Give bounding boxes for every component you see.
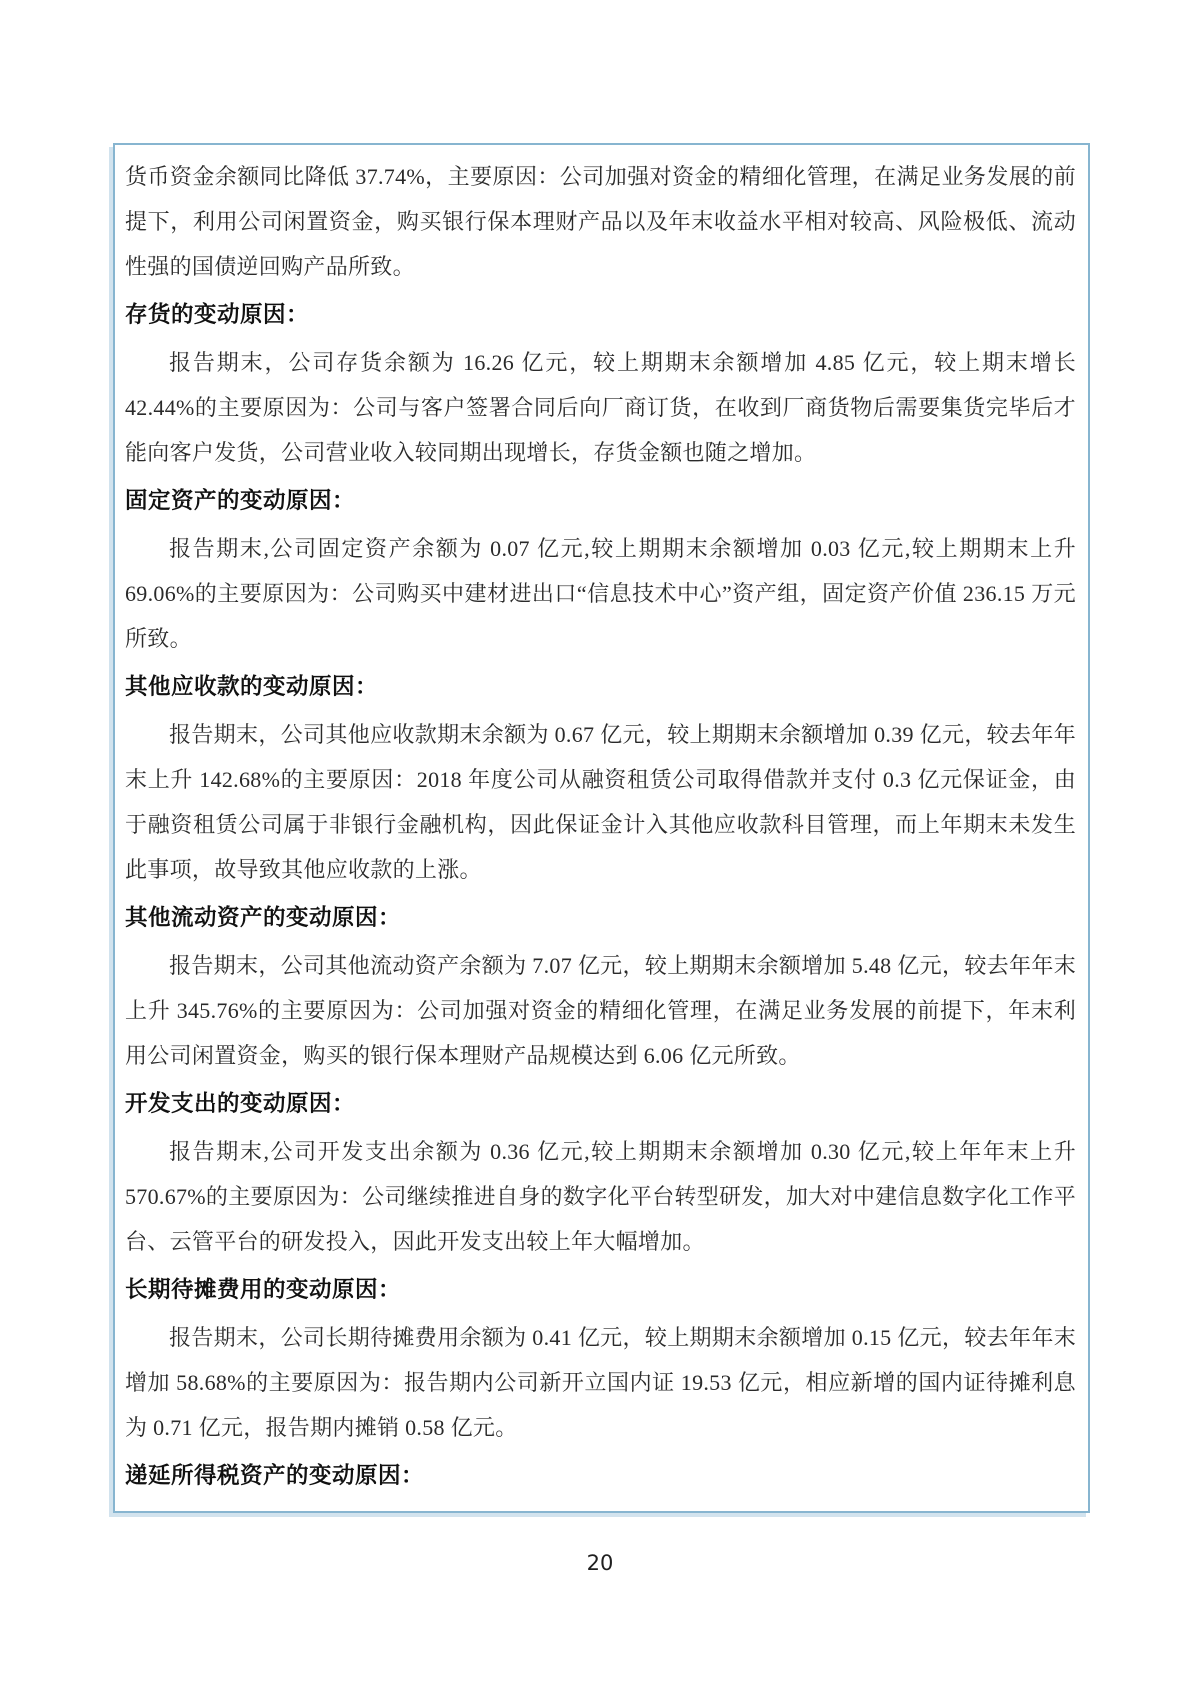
section-heading: 长期待摊费用的变动原因： (125, 1267, 1076, 1312)
content-border-box: 货币资金余额同比降低 37.74%，主要原因：公司加强对资金的精细化管理，在满足… (113, 143, 1090, 1513)
body-paragraph: 报告期末,公司固定资产余额为 0.07 亿元,较上期期末余额增加 0.03 亿元… (125, 526, 1076, 661)
section-heading: 其他应收款的变动原因： (125, 664, 1076, 709)
body-paragraph: 报告期末，公司存货余额为 16.26 亿元，较上期期末余额增加 4.85 亿元，… (125, 340, 1076, 475)
section-heading: 开发支出的变动原因： (125, 1081, 1076, 1126)
page-number: 20 (0, 1551, 1200, 1575)
body-paragraph: 货币资金余额同比降低 37.74%，主要原因：公司加强对资金的精细化管理，在满足… (125, 154, 1076, 289)
body-paragraph: 报告期末，公司递延所得税资产余额为 0.45 亿元，较上期期末余额增加 0.25… (125, 1501, 1076, 1513)
body-paragraph: 报告期末，公司其他应收款期末余额为 0.67 亿元，较上期期末余额增加 0.39… (125, 712, 1076, 892)
body-paragraph: 报告期末，公司长期待摊费用余额为 0.41 亿元，较上期期末余额增加 0.15 … (125, 1315, 1076, 1450)
section-heading: 其他流动资产的变动原因： (125, 895, 1076, 940)
section-heading: 固定资产的变动原因： (125, 478, 1076, 523)
section-heading: 存货的变动原因： (125, 292, 1076, 337)
document-page: 货币资金余额同比降低 37.74%，主要原因：公司加强对资金的精细化管理，在满足… (0, 0, 1200, 1697)
section-heading: 递延所得税资产的变动原因： (125, 1453, 1076, 1498)
sections: 货币资金余额同比降低 37.74%，主要原因：公司加强对资金的精细化管理，在满足… (125, 154, 1076, 1513)
body-paragraph: 报告期末，公司其他流动资产余额为 7.07 亿元，较上期期末余额增加 5.48 … (125, 943, 1076, 1078)
body-paragraph: 报告期末,公司开发支出余额为 0.36 亿元,较上期期末余额增加 0.30 亿元… (125, 1129, 1076, 1264)
